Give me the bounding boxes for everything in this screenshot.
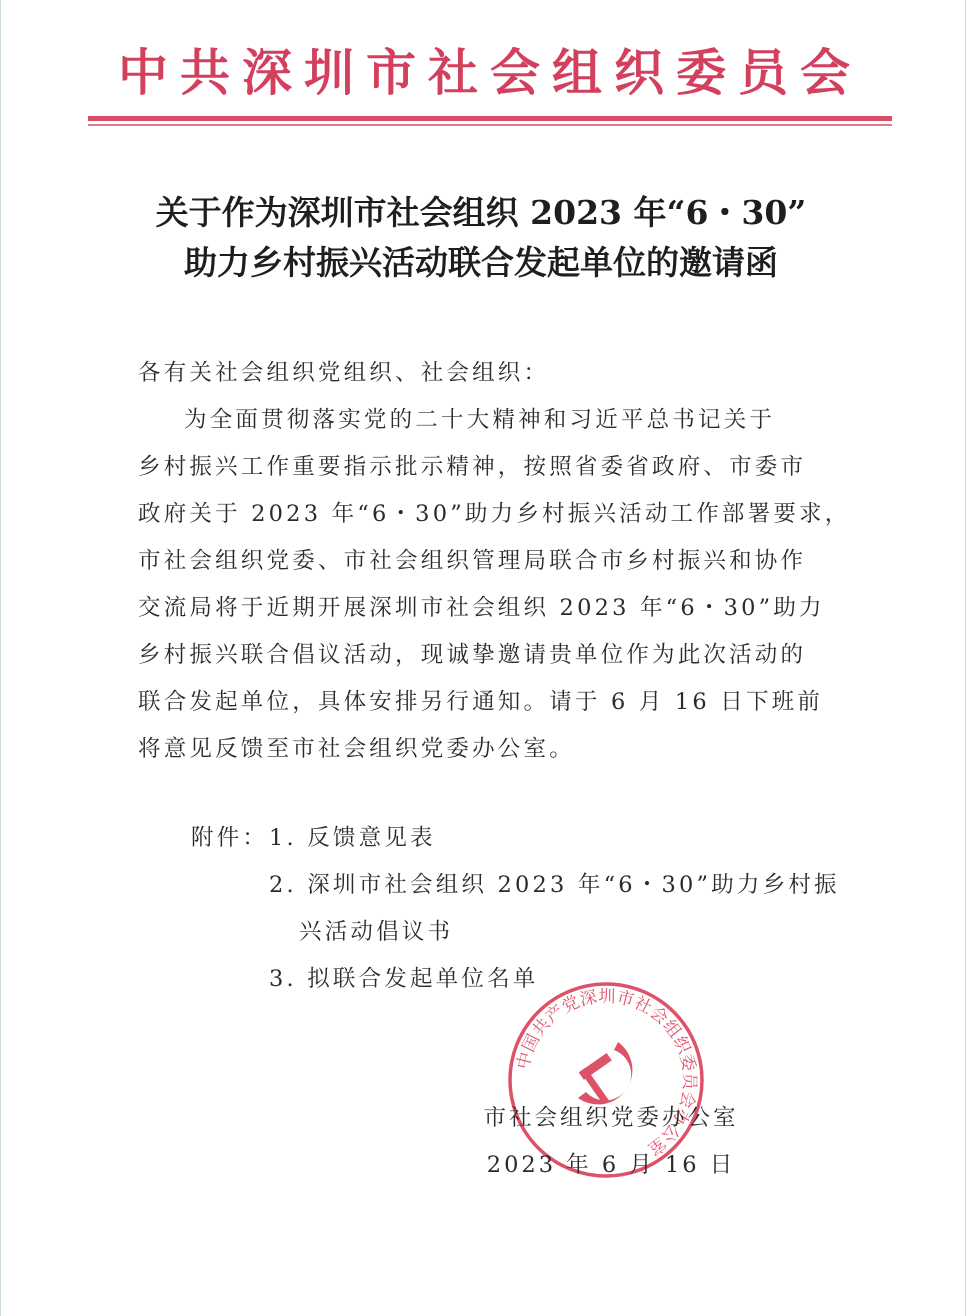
masthead-rule-thin bbox=[88, 124, 892, 126]
body-line: 乡村振兴工作重要指示批示精神，按照省委省政府、市委市 bbox=[138, 444, 830, 491]
document-title-line-1: 关于作为深圳市社会组织 2023 年“6・30” bbox=[121, 188, 841, 238]
attachment-item-2: 2. 深圳市社会组织 2023 年“6・30”助力乡村振 bbox=[269, 862, 840, 909]
salutation-text: 各有关社会组织党组织、社会组织： bbox=[138, 350, 830, 397]
document-page: 中共深圳市社会组织委员会 关于作为深圳市社会组织 2023 年“6・30” 助力… bbox=[0, 0, 966, 1316]
attachment-item-1: 1. 反馈意见表 bbox=[269, 815, 436, 862]
body-line: 市社会组织党委、市社会组织管理局联合市乡村振兴和协作 bbox=[138, 538, 830, 585]
body-line: 政府关于 2023 年“6・30”助力乡村振兴活动工作部署要求， bbox=[138, 491, 830, 538]
issuer-name: 市社会组织党委办公室 bbox=[471, 1095, 751, 1142]
body-line: 乡村振兴联合倡议活动，现诚挚邀请贵单位作为此次活动的 bbox=[138, 632, 830, 679]
signature-block: 市社会组织党委办公室 2023 年 6 月 16 日 bbox=[471, 1095, 751, 1189]
salutation: 各有关社会组织党组织、社会组织： bbox=[138, 350, 830, 397]
body-line: 将意见反馈至市社会组织党委办公室。 bbox=[138, 726, 830, 773]
attachment-item-3: 3. 拟联合发起单位名单 bbox=[269, 956, 539, 1003]
body-line: 联合发起单位，具体安排另行通知。请于 6 月 16 日下班前 bbox=[138, 679, 830, 726]
body-line: 交流局将于近期开展深圳市社会组织 2023 年“6・30”助力 bbox=[138, 585, 830, 632]
document-title: 关于作为深圳市社会组织 2023 年“6・30” 助力乡村振兴活动联合发起单位的… bbox=[121, 188, 841, 288]
masthead-title: 中共深圳市社会组织委员会 bbox=[87, 38, 893, 108]
masthead-rule-thick bbox=[88, 116, 892, 121]
issue-date: 2023 年 6 月 16 日 bbox=[471, 1142, 751, 1189]
attachment-item-2-continuation: 兴活动倡议书 bbox=[299, 909, 453, 956]
body-line: 为全面贯彻落实党的二十大精神和习近平总书记关于 bbox=[138, 397, 830, 444]
body-paragraph: 为全面贯彻落实党的二十大精神和习近平总书记关于 乡村振兴工作重要指示批示精神，按… bbox=[138, 397, 830, 773]
document-title-line-2: 助力乡村振兴活动联合发起单位的邀请函 bbox=[121, 238, 841, 288]
attachments-label: 附件： bbox=[191, 815, 268, 862]
